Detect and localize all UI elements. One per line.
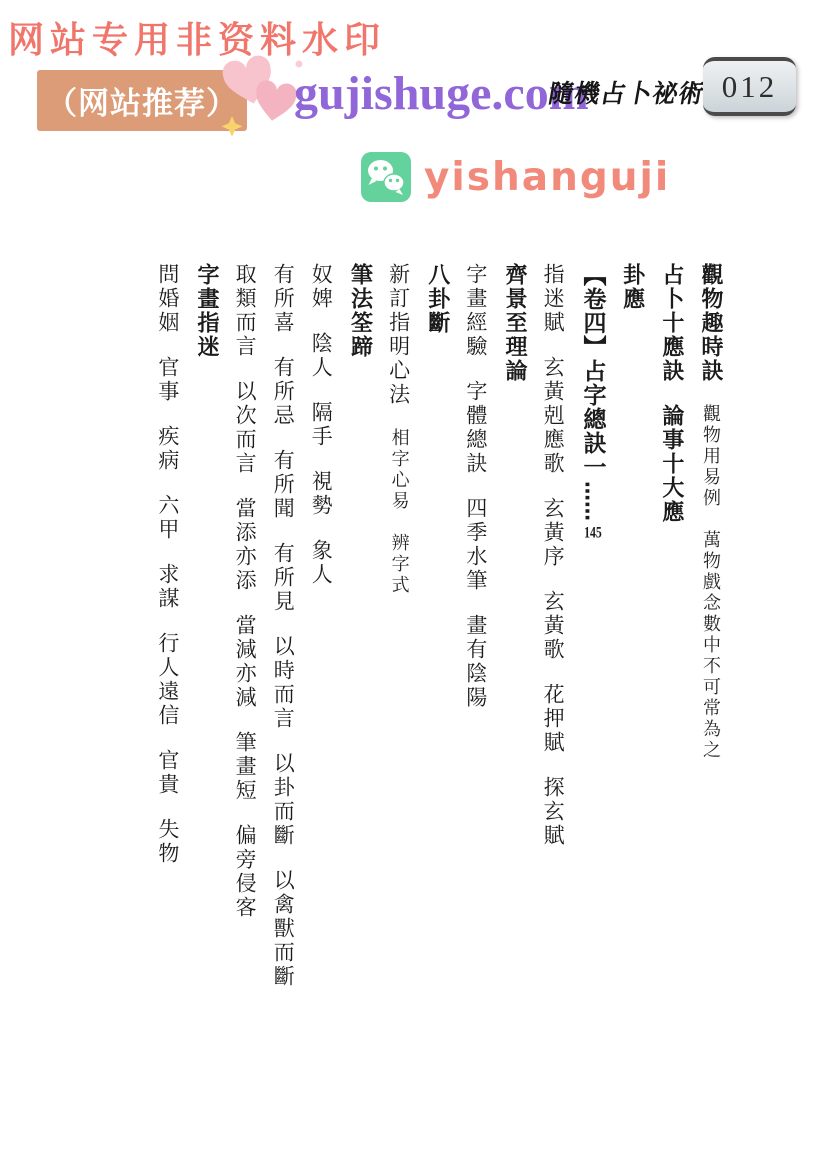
toc-column: 奴婢陰人隔手視勢象人 xyxy=(309,263,332,1063)
toc-column: 筆法筌蹄 xyxy=(347,263,371,1063)
toc-entry: 字畫指迷 xyxy=(194,263,218,359)
toc-entry: 玄黃歌 xyxy=(541,590,564,662)
toc-entry: 畫有陰陽 xyxy=(464,614,487,710)
toc-entry: 取類而言 xyxy=(233,263,256,359)
toc-entry: 新訂指明心法 xyxy=(386,263,409,407)
toc-entry: 【卷四】占字總訣一 xyxy=(579,263,604,479)
toc-column: 新訂指明心法相字心易辨字式 xyxy=(386,263,409,1063)
toc-entry: 玄黃序 xyxy=(541,497,564,569)
toc-entry: 相字心易 xyxy=(389,428,409,512)
wechat-icon xyxy=(361,152,411,202)
toc-entry: 筆畫短 xyxy=(233,731,256,803)
toc-entry: 字體總訣 xyxy=(464,380,487,476)
toc-entry: 求謀 xyxy=(156,563,179,611)
toc-entry: 占卜十應訣 xyxy=(659,263,683,383)
toc-entry: 以次而言 xyxy=(233,380,256,476)
toc-entry: 失物 xyxy=(156,818,179,866)
toc-entry: 卦應 xyxy=(619,263,643,311)
site-recommend-badge: （网站推荐） xyxy=(37,70,247,131)
toc-entry: 當減亦減 xyxy=(233,614,256,710)
site-url-watermark: gujishuge.com xyxy=(294,66,589,121)
toc-entry: 官貴 xyxy=(156,749,179,797)
toc-entry: 六甲 xyxy=(156,494,179,542)
toc-column: 【卷四】占字總訣一……145 xyxy=(579,263,604,1063)
top-watermark-text: 网站专用非资料水印 xyxy=(8,12,386,63)
toc-entry: 偏旁侵客 xyxy=(233,824,256,920)
toc-entry: 當添亦添 xyxy=(233,497,256,593)
book-title-calligraphy: 隨機占卜祕術 xyxy=(546,74,708,110)
toc-entry: 官事 xyxy=(156,356,179,404)
toc-column: 問婚姻官事疾病六甲求謀行人遠信官貴失物 xyxy=(156,263,179,1063)
toc-entry: 萬物戲念數中不可常為之 xyxy=(700,530,720,761)
toc-entry: 有所聞 xyxy=(271,449,294,521)
toc-entry: 有所忌 xyxy=(271,356,294,428)
toc-entry: 論事十大應 xyxy=(659,404,683,524)
toc-entry: 八卦斷 xyxy=(425,263,449,335)
toc-entry: 指迷賦 xyxy=(541,263,564,335)
toc-entry: 陰人 xyxy=(309,332,332,380)
table-of-contents: 觀物趣時訣觀物用易例萬物戲念數中不可常為之占卜十應訣論事十大應卦應【卷四】占字總… xyxy=(141,263,722,1063)
sparkle-icon xyxy=(222,116,243,137)
toc-entry: 觀物用易例 xyxy=(700,404,720,509)
toc-column: 八卦斷 xyxy=(425,263,449,1063)
toc-entry: 隔手 xyxy=(309,401,332,449)
toc-entry: 筆法筌蹄 xyxy=(347,263,371,359)
toc-entry: 行人遠信 xyxy=(156,632,179,728)
toc-column: 字畫經驗字體總訣四季水筆畫有陰陽 xyxy=(464,263,487,1063)
toc-entry: 觀物趣時訣 xyxy=(698,263,722,383)
toc-column: 取類而言以次而言當添亦添當減亦減筆畫短偏旁侵客 xyxy=(233,263,256,1063)
page-number-tab: 012 xyxy=(703,57,796,116)
toc-entry: 以禽獸而斷 xyxy=(271,869,294,989)
toc-entry: 四季水筆 xyxy=(464,497,487,593)
toc-column: 有所喜有所忌有所聞有所見以時而言以卦而斷以禽獸而斷 xyxy=(271,263,294,1063)
toc-entry: 疾病 xyxy=(156,425,179,473)
scanned-book-page: 网站专用非资料水印 （网站推荐） gujishuge.com 隨機占卜祕術 01… xyxy=(0,0,828,1173)
wechat-id-watermark: yishanguji xyxy=(424,155,670,200)
toc-column: 占卜十應訣論事十大應 xyxy=(659,263,683,1063)
toc-entry: 145 xyxy=(584,525,601,541)
toc-entry: 探玄賦 xyxy=(541,776,564,848)
toc-column: 指迷賦玄黃剋應歌玄黃序玄黃歌花押賦探玄賦 xyxy=(541,263,564,1063)
toc-entry: 問婚姻 xyxy=(156,263,179,335)
toc-entry: 辨字式 xyxy=(389,533,409,596)
toc-entry: 有所喜 xyxy=(271,263,294,335)
toc-entry: 齊景至理論 xyxy=(502,263,526,383)
toc-entry: 象人 xyxy=(309,539,332,587)
toc-column: 觀物趣時訣觀物用易例萬物戲念數中不可常為之 xyxy=(698,263,722,1063)
page-number: 012 xyxy=(722,69,778,105)
toc-entry: 花押賦 xyxy=(541,683,564,755)
toc-column: 字畫指迷 xyxy=(194,263,218,1063)
toc-entry: 玄黃剋應歌 xyxy=(541,356,564,476)
toc-column: 卦應 xyxy=(619,263,643,1063)
toc-entry: 奴婢 xyxy=(309,263,332,311)
toc-entry: 視勢 xyxy=(309,470,332,518)
toc-entry: 以卦而斷 xyxy=(271,752,294,848)
toc-column: 齊景至理論 xyxy=(502,263,526,1063)
toc-entry: 字畫經驗 xyxy=(464,263,487,359)
toc-entry: 有所見 xyxy=(271,542,294,614)
toc-entry: 以時而言 xyxy=(271,635,294,731)
toc-entry: …… xyxy=(580,481,604,521)
